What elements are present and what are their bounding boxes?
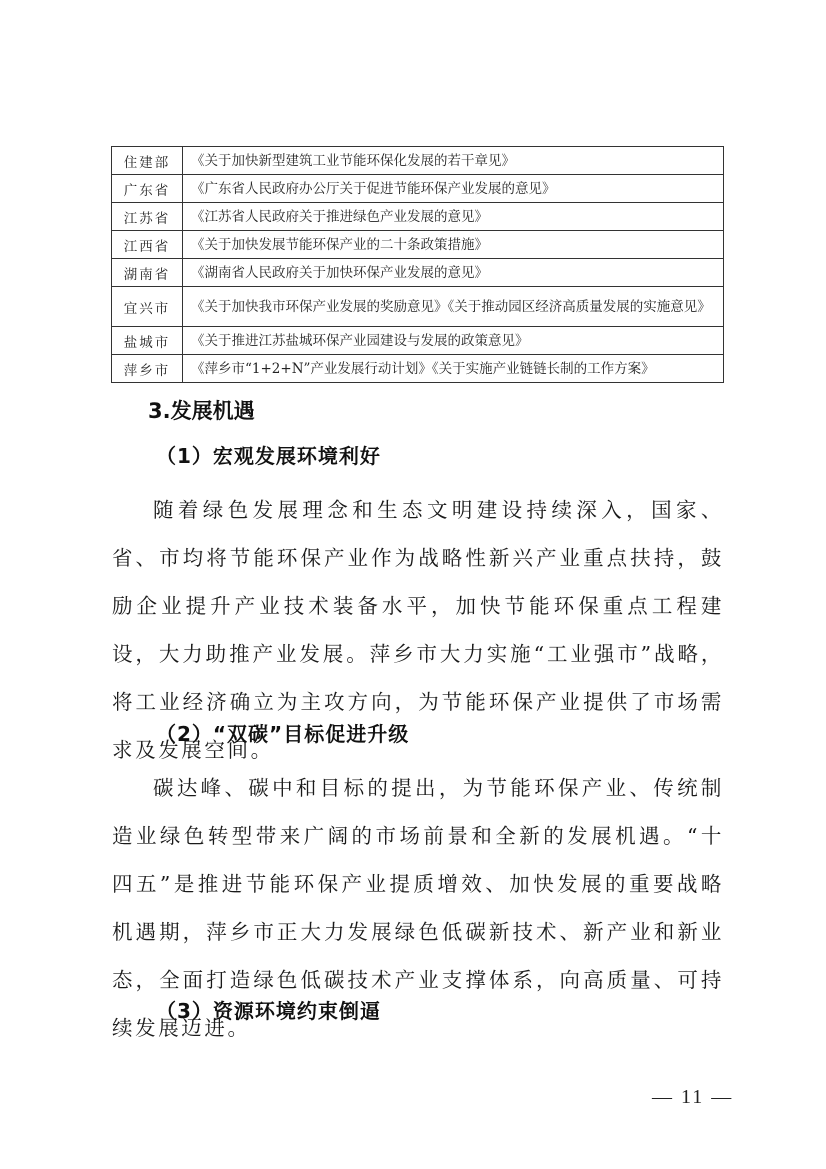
region-cell: 盐城市 bbox=[112, 327, 183, 355]
table-row: 住建部 《关于加快新型建筑工业节能环保化发展的若干章见》 bbox=[112, 147, 724, 175]
subsection-heading-1: （1）宏观发展环境利好 bbox=[156, 440, 381, 469]
subsection-heading-3: （3）资源环境约束倒逼 bbox=[156, 995, 381, 1024]
table-row: 江西省 《关于加快发展节能环保产业的二十条政策措施》 bbox=[112, 231, 724, 259]
document-page: 住建部 《关于加快新型建筑工业节能环保化发展的若干章见》 广东省 《广东省人民政… bbox=[0, 0, 826, 1169]
region-cell: 江苏省 bbox=[112, 203, 183, 231]
policy-document-cell: 《关于加快发展节能环保产业的二十条政策措施》 bbox=[183, 231, 724, 259]
table-row: 盐城市 《关于推进江苏盐城环保产业园建设与发展的政策意见》 bbox=[112, 327, 724, 355]
policy-document-cell: 《广东省人民政府办公厅关于促进节能环保产业发展的意见》 bbox=[183, 175, 724, 203]
region-cell: 江西省 bbox=[112, 231, 183, 259]
policy-document-cell: 《关于加快新型建筑工业节能环保化发展的若干章见》 bbox=[183, 147, 724, 175]
policy-document-cell: 《湖南省人民政府关于加快环保产业发展的意见》 bbox=[183, 259, 724, 287]
policy-document-cell: 《江苏省人民政府关于推进绿色产业发展的意见》 bbox=[183, 203, 724, 231]
table-row: 广东省 《广东省人民政府办公厅关于促进节能环保产业发展的意见》 bbox=[112, 175, 724, 203]
table-row: 萍乡市 《萍乡市“1+2+N”产业发展行动计划》《关于实施产业链链长制的工作方案… bbox=[112, 355, 724, 383]
section-heading: 3.发展机遇 bbox=[148, 395, 255, 425]
subsection-heading-2: （2）“双碳”目标促进升级 bbox=[156, 718, 409, 747]
region-cell: 萍乡市 bbox=[112, 355, 183, 383]
region-cell: 住建部 bbox=[112, 147, 183, 175]
policy-table: 住建部 《关于加快新型建筑工业节能环保化发展的若干章见》 广东省 《广东省人民政… bbox=[111, 146, 724, 383]
region-cell: 广东省 bbox=[112, 175, 183, 203]
page-number: — 11 — bbox=[652, 1086, 733, 1109]
table-row: 宜兴市 《关于加快我市环保产业发展的奖励意见》《关于推动园区经济高质量发展的实施… bbox=[112, 287, 724, 327]
policy-document-cell: 《关于加快我市环保产业发展的奖励意见》《关于推动园区经济高质量发展的实施意见》 bbox=[183, 287, 724, 327]
table-row: 湖南省 《湖南省人民政府关于加快环保产业发展的意见》 bbox=[112, 259, 724, 287]
policy-document-cell: 《关于推进江苏盐城环保产业园建设与发展的政策意见》 bbox=[183, 327, 724, 355]
table-row: 江苏省 《江苏省人民政府关于推进绿色产业发展的意见》 bbox=[112, 203, 724, 231]
region-cell: 湖南省 bbox=[112, 259, 183, 287]
region-cell: 宜兴市 bbox=[112, 287, 183, 327]
policy-document-cell: 《萍乡市“1+2+N”产业发展行动计划》《关于实施产业链链长制的工作方案》 bbox=[183, 355, 724, 383]
